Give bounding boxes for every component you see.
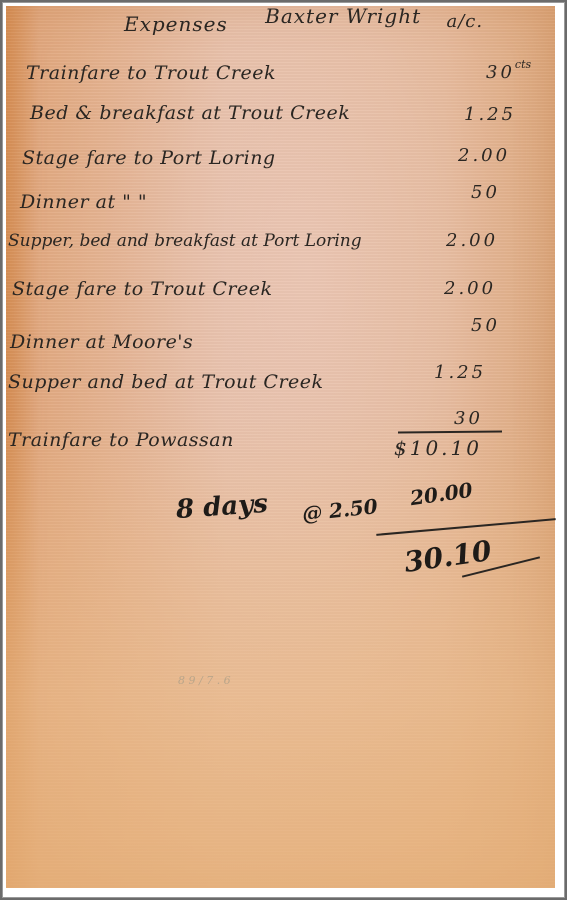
daily-rate: @ 2.50 xyxy=(301,494,379,526)
grand-total-underline xyxy=(376,518,555,536)
expense-item-description: Bed & breakfast at Trout Creek xyxy=(30,102,350,124)
days-label: 8 days xyxy=(175,489,269,525)
amount-suffix: cts xyxy=(515,58,531,71)
expense-item-amount: 30cts xyxy=(486,62,531,83)
expense-item-description: Dinner at " " xyxy=(20,191,147,213)
heading-person: Baxter Wright xyxy=(265,4,421,28)
expense-item-description: Trainfare to Trout Creek xyxy=(26,62,276,84)
heading-label: Expenses xyxy=(124,12,228,36)
expense-item-amount: 1.25 xyxy=(464,104,516,125)
expense-sheet: Expenses Baxter Wright a/c. Trainfare to… xyxy=(6,6,555,888)
expense-item-description: Dinner at Moore's xyxy=(10,331,193,353)
expense-item-amount: 50 xyxy=(471,182,500,203)
expense-item-amount: 2.00 xyxy=(458,145,510,166)
total-underline xyxy=(398,431,502,434)
sheet-heading: Expenses Baxter Wright a/c. xyxy=(124,12,483,36)
expense-item-description: Supper and bed at Trout Creek xyxy=(8,371,324,393)
expense-item-amount: 2.00 xyxy=(446,230,498,251)
expense-item-amount: 50 xyxy=(471,315,500,336)
expense-item-description: Stage fare to Trout Creek xyxy=(12,278,273,300)
scan-frame: Expenses Baxter Wright a/c. Trainfare to… xyxy=(2,2,565,898)
expense-item-description: Trainfare to Powassan xyxy=(8,429,234,451)
expense-item-amount: 2.00 xyxy=(444,278,496,299)
expense-item-description: Supper, bed and breakfast at Port Loring xyxy=(8,231,362,251)
expense-item-description: Stage fare to Port Loring xyxy=(22,147,276,169)
days-amount: 20.00 xyxy=(409,478,474,510)
expense-item-amount: 30 xyxy=(454,408,483,429)
heading-account: a/c. xyxy=(447,11,484,32)
total-amount: $10.10 xyxy=(394,436,482,460)
expense-item-amount: 1.25 xyxy=(434,362,486,383)
faint-pencil-marks: 8 9 / 7 . 6 xyxy=(178,671,231,691)
amount-value: 30 xyxy=(486,62,515,83)
